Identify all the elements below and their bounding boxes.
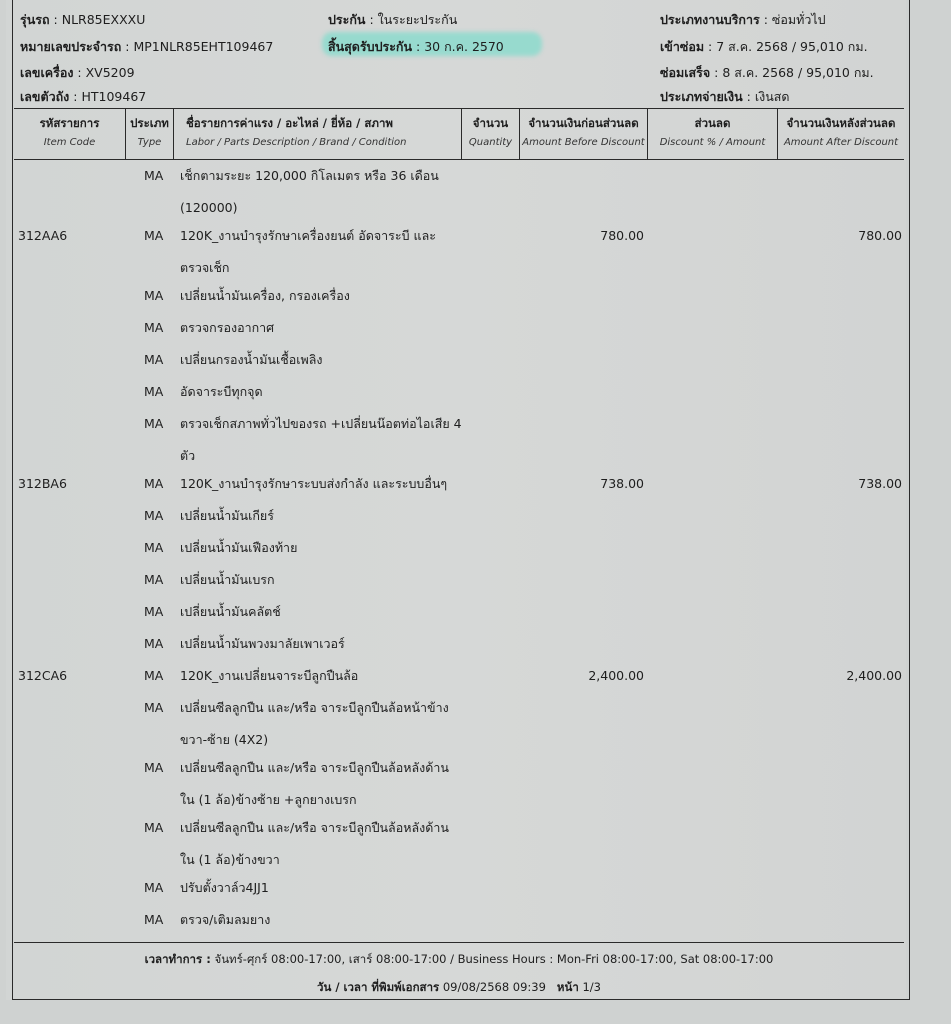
item-type: MA — [144, 344, 163, 376]
col-description: ชื่อรายการค่าแรง / อะไหล่ / ยี่ห้อ / สภา… — [174, 109, 462, 159]
description-line: 120K_งานเปลี่ยนจาระบีลูกปืนล้อ — [180, 660, 470, 692]
item-type: MA — [144, 500, 163, 532]
item-type: MA — [144, 376, 163, 408]
description-line: เปลี่ยนกรองน้ำมันเชื้อเพลิง — [180, 344, 470, 376]
item-type: MA — [144, 752, 163, 784]
business-hours: เวลาทำการ : จันทร์-ศุกร์ 08:00-17:00, เส… — [14, 951, 904, 969]
item-description: ปรับตั้งวาล์ว4JJ1 — [180, 872, 470, 904]
service-invoice-page: รุ่นรถ : NLR85EXXXU หมายเลขประจำรถ : MP1… — [6, 0, 906, 1000]
item-type: MA — [144, 408, 163, 440]
item-description: เปลี่ยนซีลลูกปืน และ/หรือ จาระบีลูกปืนล้… — [180, 752, 470, 816]
item-description: เปลี่ยนน้ำมันเครื่อง, กรองเครื่อง — [180, 280, 470, 312]
item-type: MA — [144, 160, 163, 192]
description-line: เปลี่ยนน้ำมันพวงมาลัยเพาเวอร์ — [180, 628, 470, 660]
field-warranty-end: สิ้นสุดรับประกัน : 30 ก.ค. 2570 — [328, 37, 504, 57]
item-type: MA — [144, 660, 163, 692]
item-type: MA — [144, 904, 163, 936]
document-footer: เวลาทำการ : จันทร์-ศุกร์ 08:00-17:00, เส… — [14, 942, 904, 1000]
item-description: เปลี่ยนน้ำมันเบรก — [180, 564, 470, 596]
description-line: เปลี่ยนน้ำมันเบรก — [180, 564, 470, 596]
item-code: 312AA6 — [18, 220, 67, 252]
field-vehicle-id: หมายเลขประจำรถ : MP1NLR85EHT109467 — [20, 37, 273, 57]
description-line: เปลี่ยนน้ำมันคลัตช์ — [180, 596, 470, 628]
item-description: เช็กตามระยะ 120,000 กิโลเมตร หรือ 36 เดื… — [180, 160, 470, 224]
col-item-code: รหัสรายการ Item Code — [14, 109, 126, 159]
item-description: เปลี่ยนน้ำมันเฟืองท้าย — [180, 532, 470, 564]
item-type: MA — [144, 532, 163, 564]
item-type: MA — [144, 628, 163, 660]
amount-before-discount: 2,400.00 — [514, 660, 644, 692]
item-description: เปลี่ยนน้ำมันคลัตช์ — [180, 596, 470, 628]
description-line: ปรับตั้งวาล์ว4JJ1 — [180, 872, 470, 904]
item-description: ตรวจ/เติมลมยาง — [180, 904, 470, 936]
item-type: MA — [144, 220, 163, 252]
field-warranty: ประกัน : ในระยะประกัน — [328, 10, 457, 30]
field-engine-no: เลขเครื่อง : XV5209 — [20, 63, 135, 83]
item-type: MA — [144, 692, 163, 724]
vehicle-info-header: รุ่นรถ : NLR85EXXXU หมายเลขประจำรถ : MP1… — [6, 0, 906, 108]
item-description: เปลี่ยนน้ำมันเกียร์ — [180, 500, 470, 532]
item-type: MA — [144, 280, 163, 312]
amount-after-discount: 2,400.00 — [774, 660, 902, 692]
amount-before-discount: 738.00 — [514, 468, 644, 500]
description-line: เปลี่ยนน้ำมันเกียร์ — [180, 500, 470, 532]
item-description: เปลี่ยนน้ำมันพวงมาลัยเพาเวอร์ — [180, 628, 470, 660]
item-type: MA — [144, 312, 163, 344]
description-line: เปลี่ยนซีลลูกปืน และ/หรือ จาระบีลูกปืนล้… — [180, 692, 470, 724]
items-table-body: MAเช็กตามระยะ 120,000 กิโลเมตร หรือ 36 เ… — [14, 160, 904, 942]
item-type: MA — [144, 596, 163, 628]
col-quantity: จำนวน Quantity — [462, 109, 520, 159]
description-line: เปลี่ยนน้ำมันเครื่อง, กรองเครื่อง — [180, 280, 470, 312]
field-chassis-no: เลขตัวถัง : HT109467 — [20, 87, 146, 107]
field-check-in: เข้าซ่อม : 7 ส.ค. 2568 / 95,010 กม. — [660, 37, 868, 57]
amount-before-discount: 780.00 — [514, 220, 644, 252]
item-description: 120K_งานเปลี่ยนจาระบีลูกปืนล้อ — [180, 660, 470, 692]
amount-after-discount: 780.00 — [774, 220, 902, 252]
item-code: 312CA6 — [18, 660, 67, 692]
col-amount-before: จำนวนเงินก่อนส่วนลด Amount Before Discou… — [520, 109, 648, 159]
item-type: MA — [144, 872, 163, 904]
description-line: 120K_งานบำรุงรักษาเครื่องยนต์ อัดจาระบี … — [180, 220, 470, 252]
field-model: รุ่นรถ : NLR85EXXXU — [20, 10, 145, 30]
description-line: เช็กตามระยะ 120,000 กิโลเมตร หรือ 36 เดื… — [180, 160, 470, 192]
item-description: เปลี่ยนกรองน้ำมันเชื้อเพลิง — [180, 344, 470, 376]
col-discount: ส่วนลด Discount % / Amount — [648, 109, 778, 159]
items-table-header: รหัสรายการ Item Code ประเภท Type ชื่อราย… — [14, 108, 904, 160]
item-description: เปลี่ยนซีลลูกปืน และ/หรือ จาระบีลูกปืนล้… — [180, 812, 470, 876]
page-number: 1/3 — [582, 980, 601, 994]
amount-after-discount: 738.00 — [774, 468, 902, 500]
item-type: MA — [144, 468, 163, 500]
field-payment-type: ประเภทจ่ายเงิน : เงินสด — [660, 87, 790, 107]
item-description: ตรวจกรองอากาศ — [180, 312, 470, 344]
description-line: 120K_งานบำรุงรักษาระบบส่งกำลัง และระบบอื… — [180, 468, 470, 500]
field-completed: ซ่อมเสร็จ : 8 ส.ค. 2568 / 95,010 กม. — [660, 63, 874, 83]
description-line: เปลี่ยนซีลลูกปืน และ/หรือ จาระบีลูกปืนล้… — [180, 752, 470, 784]
item-description: เปลี่ยนซีลลูกปืน และ/หรือ จาระบีลูกปืนล้… — [180, 692, 470, 756]
col-amount-after: จำนวนเงินหลังส่วนลด Amount After Discoun… — [778, 109, 904, 159]
item-code: 312BA6 — [18, 468, 67, 500]
description-line: ตรวจเช็กสภาพทั่วไปของรถ +เปลี่ยนน๊อตท่อไ… — [180, 408, 470, 440]
description-line: เปลี่ยนน้ำมันเฟืองท้าย — [180, 532, 470, 564]
item-description: 120K_งานบำรุงรักษาระบบส่งกำลัง และระบบอื… — [180, 468, 470, 500]
description-line: ตรวจกรองอากาศ — [180, 312, 470, 344]
item-description: อัดจาระบีทุกจุด — [180, 376, 470, 408]
item-type: MA — [144, 812, 163, 844]
description-line: ตรวจ/เติมลมยาง — [180, 904, 470, 936]
item-description: ตรวจเช็กสภาพทั่วไปของรถ +เปลี่ยนน๊อตท่อไ… — [180, 408, 470, 472]
item-description: 120K_งานบำรุงรักษาเครื่องยนต์ อัดจาระบี … — [180, 220, 470, 284]
field-service-type: ประเภทงานบริการ : ซ่อมทั่วไป — [660, 10, 826, 30]
description-line: เปลี่ยนซีลลูกปืน และ/หรือ จาระบีลูกปืนล้… — [180, 812, 470, 844]
item-type: MA — [144, 564, 163, 596]
col-type: ประเภท Type — [126, 109, 174, 159]
description-line: อัดจาระบีทุกจุด — [180, 376, 470, 408]
print-info: วัน / เวลา ที่พิมพ์เอกสาร 09/08/2568 09:… — [14, 979, 904, 997]
